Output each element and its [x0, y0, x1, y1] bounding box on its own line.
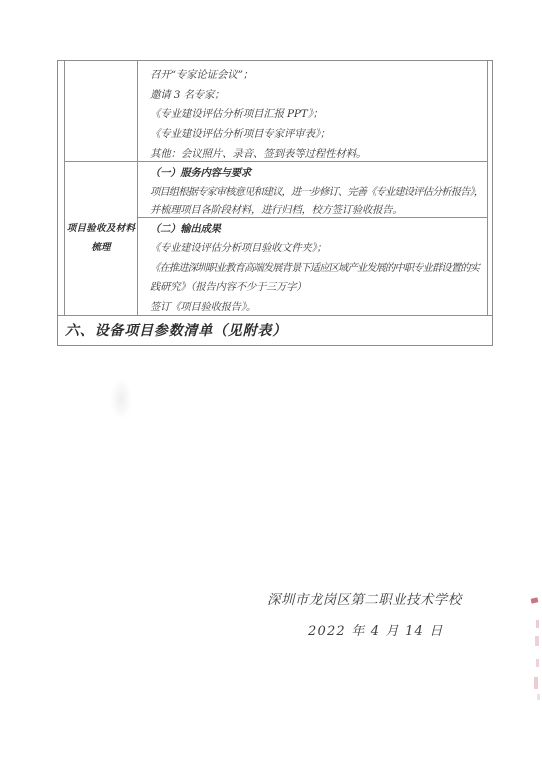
row-label-line: 项目验收及材料	[67, 219, 136, 238]
table-text-line: 《在推进深圳职业教育高端发展背景下适应区域产业发展的中职专业群设置的实	[141, 259, 489, 278]
section-heading: （一）服务内容与要求	[141, 164, 489, 183]
service-content-cell: （一）服务内容与要求 项目组根据专家审核意见和建议，进一步修订、完善《专业建设评…	[141, 161, 489, 220]
red-ink-edge-artifact	[536, 659, 539, 667]
section-six-title: 六、设备项目参数清单（见附表）	[58, 315, 492, 344]
document-date: 2022 年 4 月 14 日	[308, 620, 444, 639]
red-ink-edge-artifact	[534, 677, 538, 689]
section-heading: （二）输出成果	[141, 220, 489, 239]
table-text-line: 召开“专家论证会议”；	[141, 66, 489, 86]
table-text-line: 践研究》（报告内容不少于三万字）	[141, 278, 489, 297]
project-acceptance-table: 召开“专家论证会议”； 邀请 3 名专家； 《专业建设评估分析项目汇报 PPT》…	[57, 60, 493, 346]
organization-name: 深圳市龙岗区第二职业技术学校	[267, 588, 462, 608]
table-text-line: 项目组根据专家审核意见和建议，进一步修订、完善《专业建设评估分析报告》，	[141, 183, 489, 202]
row-label-line: 梳理	[91, 238, 111, 257]
table-text-line: 《专业建设评估分析项目汇报 PPT》；	[141, 105, 489, 125]
meeting-materials-cell: 召开“专家论证会议”； 邀请 3 名专家； 《专业建设评估分析项目汇报 PPT》…	[141, 61, 489, 166]
row-label-project-acceptance: 项目验收及材料 梳理	[65, 161, 137, 315]
red-ink-edge-artifact	[537, 694, 540, 700]
scan-smudge-artifact	[110, 378, 132, 420]
table-text-line: 《专业建设评估分析项目验收文件夹》；	[141, 239, 489, 258]
scanned-document-page: 召开“专家论证会议”； 邀请 3 名专家； 《专业建设评估分析项目汇报 PPT》…	[0, 0, 542, 768]
red-ink-edge-artifact	[531, 597, 539, 603]
table-column-divider	[137, 61, 138, 315]
table-text-line: 邀请 3 名专家；	[141, 86, 489, 106]
red-ink-edge-artifact	[536, 620, 539, 628]
table-text-line: 《专业建设评估分析项目专家评审表》；	[141, 125, 489, 145]
red-ink-edge-artifact	[535, 636, 539, 646]
output-results-cell: （二）输出成果 《专业建设评估分析项目验收文件夹》； 《在推进深圳职业教育高端发…	[141, 217, 489, 318]
